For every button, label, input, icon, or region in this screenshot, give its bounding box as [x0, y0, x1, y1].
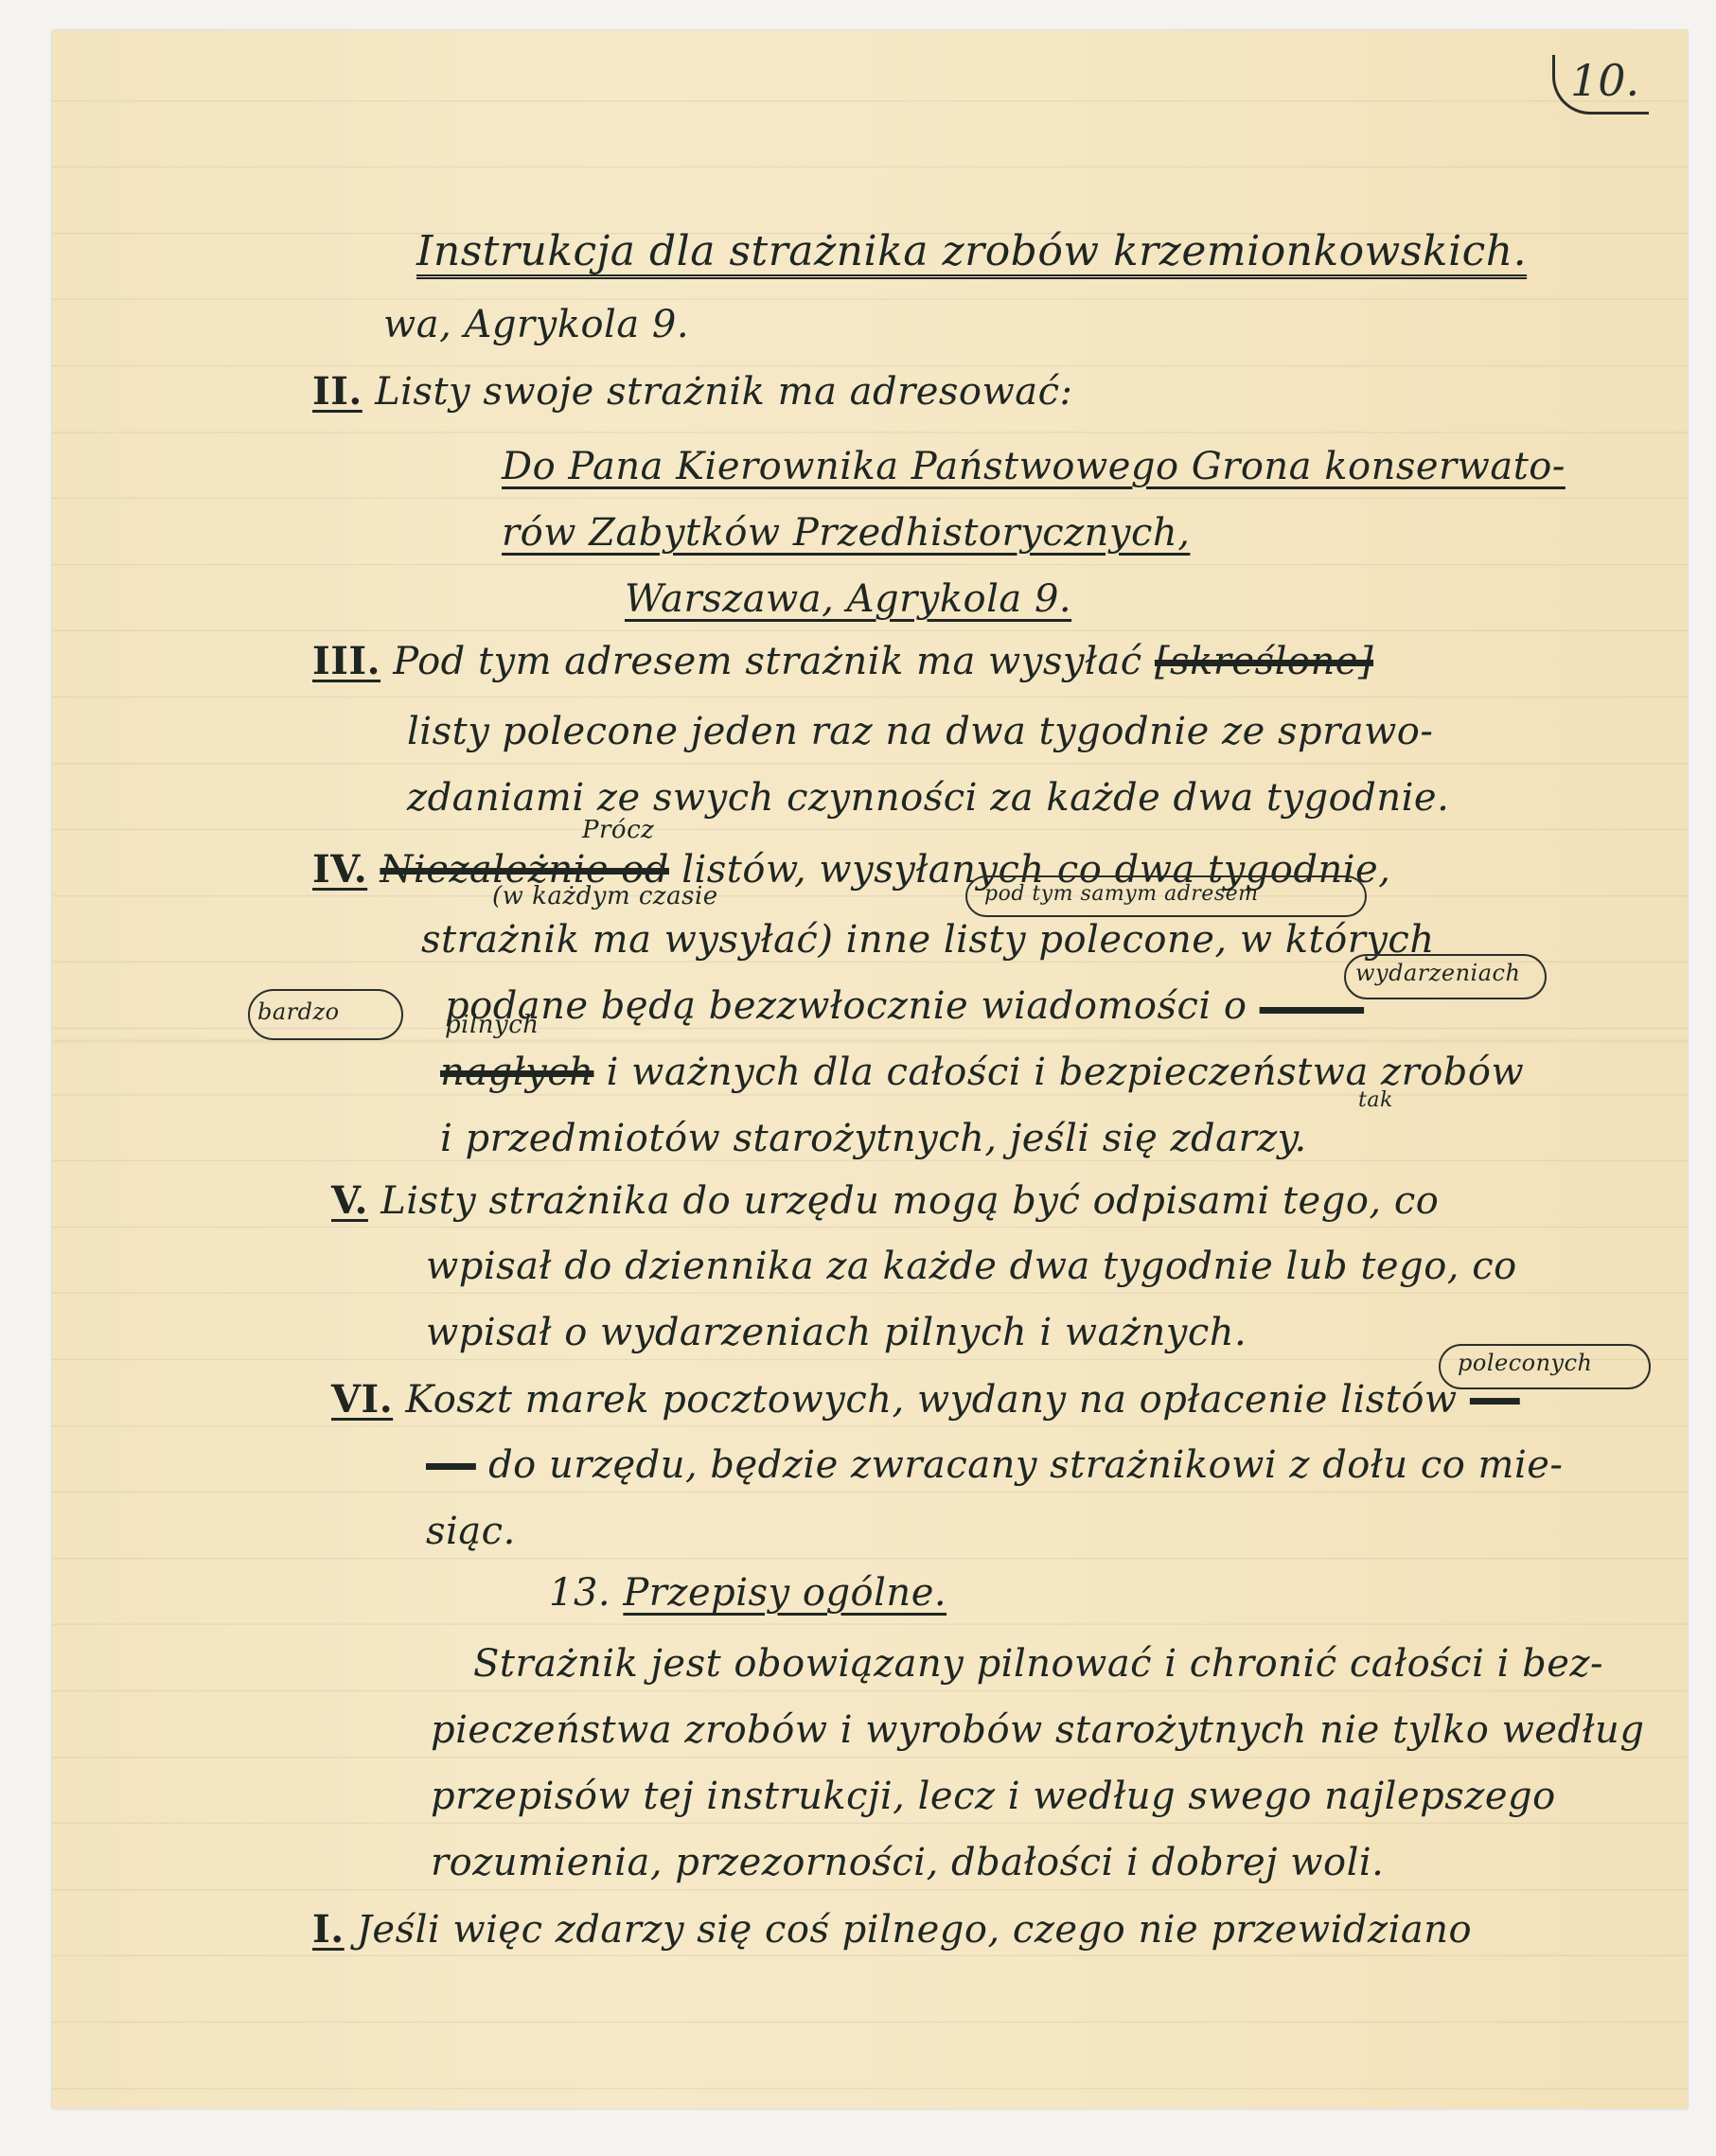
numeral: VI.: [331, 1377, 393, 1422]
section-III: III. Pod tym adresem strażnik ma wysyłać…: [312, 639, 1373, 683]
struck-text: [skreślone]: [1155, 640, 1373, 683]
section-IV-line-2: strażnik ma wysyłać) inne listy polecone…: [421, 918, 1435, 962]
paragraph-line-3: przepisów tej instrukcji, lecz i według …: [431, 1775, 1556, 1818]
numeral: III.: [312, 639, 380, 683]
insertion-pilnych: pilnych: [445, 1011, 540, 1039]
section-VI-line-3: siąc.: [426, 1510, 516, 1553]
section-text: Listy strażnika do urzędu mogą być odpis…: [380, 1179, 1439, 1223]
section-III-line-2: listy polecone jeden raz na dwa tygodnie…: [407, 710, 1433, 753]
section-IV-line-5: i przedmiotów starożytnych, jeśli się zd…: [440, 1117, 1307, 1160]
struck-text: nagłych: [440, 1051, 593, 1094]
section-V-line-3: wpisał o wydarzeniach pilnych i ważnych.: [426, 1311, 1247, 1354]
insertion-bardzo: bardzo: [257, 998, 340, 1025]
page-number: 10.: [1552, 55, 1649, 115]
paragraph-line-1: Strażnik jest obowiązany pilnować i chro…: [473, 1642, 1603, 1686]
subsection-heading: 13. Przepisy ogólne.: [549, 1571, 946, 1615]
struck-text: [1470, 1378, 1520, 1422]
insertion-procz: Prócz: [582, 816, 654, 844]
insertion-poleconych: poleconych: [1458, 1350, 1593, 1376]
item-I: I. Jeśli więc zdarzy się coś pilnego, cz…: [312, 1907, 1472, 1952]
subsection-title: Przepisy ogólne.: [623, 1571, 946, 1615]
section-III-line-3: zdaniami ze swych czynności za każde dwa…: [407, 776, 1449, 820]
insertion-wydarzeniach: wydarzeniach: [1355, 960, 1520, 986]
struck-text: [1260, 993, 1364, 1026]
subsection-number: 13.: [549, 1571, 610, 1615]
section-text: Listy swoje strażnik ma adresować:: [375, 370, 1072, 414]
section-V: V. Listy strażnika do urzędu mogą być od…: [331, 1178, 1439, 1223]
section-II: II. Listy swoje strażnik ma adresować:: [312, 369, 1072, 414]
insertion-w-kazdym-czasie: (w każdym czasie: [492, 882, 718, 910]
section-VI-line-2: do urzędu, będzie zwracany strażnikowi z…: [426, 1443, 1563, 1487]
paragraph-line-2: pieczeństwa zrobów i wyrobów starożytnyc…: [431, 1708, 1644, 1752]
insertion-tak: tak: [1358, 1088, 1393, 1112]
address-line-3: Warszawa, Agrykola 9.: [625, 577, 1071, 621]
numeral: V.: [331, 1178, 368, 1223]
numeral: I.: [312, 1907, 345, 1952]
section-VI: VI. Koszt marek pocztowych, wydany na op…: [331, 1377, 1520, 1422]
address-line-2: rów Zabytków Przedhistorycznych,: [502, 511, 1190, 555]
address-line-1: Do Pana Kierownika Państwowego Grona kon…: [502, 445, 1566, 488]
section-text: Pod tym adresem strażnik ma wysyłać: [393, 640, 1141, 683]
insertion-pod-tym-samym-adresem: pod tym samym adresem: [984, 882, 1259, 906]
section-text: do urzędu, będzie zwracany strażnikowi z…: [488, 1443, 1563, 1487]
document-title: Instrukcja dla strażnika zrobów krzemion…: [416, 227, 1527, 275]
fragment-line: wa, Agrykola 9.: [383, 303, 689, 346]
numeral: IV.: [312, 847, 367, 892]
paragraph-line-4: rozumienia, przezorności, dbałości i dob…: [431, 1841, 1384, 1884]
numeral: II.: [312, 369, 363, 414]
section-text: podane będą bezzwłocznie wiadomości o: [445, 984, 1247, 1028]
section-IV-line-3: podane będą bezzwłocznie wiadomości o: [445, 984, 1364, 1028]
struck-text: [426, 1443, 476, 1487]
section-V-line-2: wpisał do dziennika za każde dwa tygodni…: [426, 1245, 1517, 1288]
section-text: Koszt marek pocztowych, wydany na opłace…: [405, 1378, 1457, 1422]
item-text: Jeśli więc zdarzy się coś pilnego, czego…: [357, 1908, 1472, 1952]
